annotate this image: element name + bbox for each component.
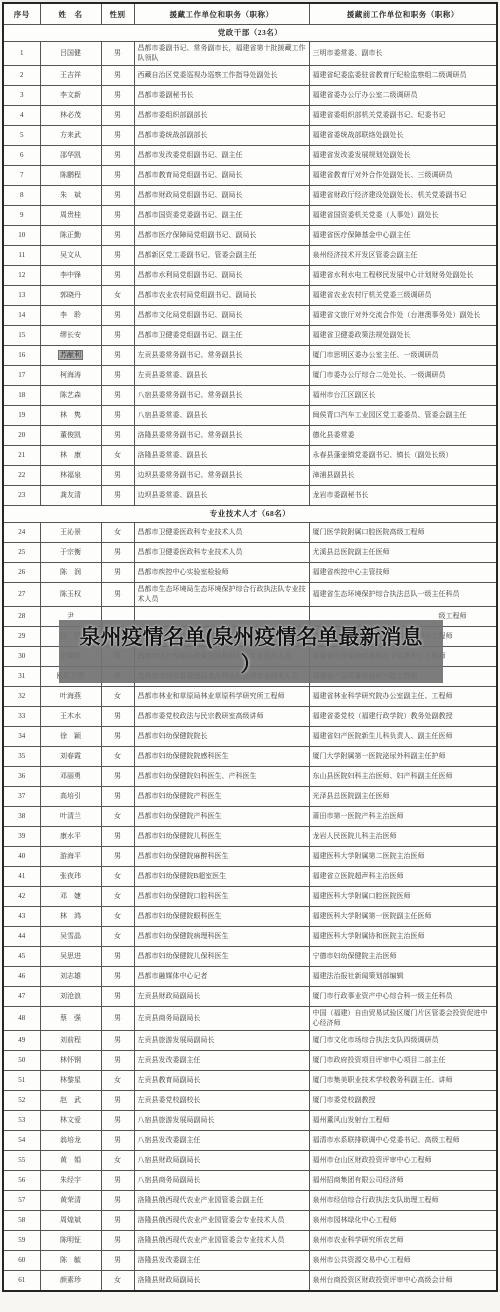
watermark-overlay: 泉州疫情名单(泉州疫情名单最新消息 ） bbox=[59, 620, 443, 683]
cell-name: 陈玉权 bbox=[40, 583, 101, 607]
cell-current: 昌都市妇幼保健院病理科医生 bbox=[134, 927, 309, 947]
cell-previous: 厦门市委党校副教授 bbox=[309, 1091, 497, 1111]
table-row: 61颜素珍女洛隆县财政局副局长泉州台商投资区财政投资评审中心高级会计师 bbox=[3, 1271, 497, 1292]
cell-current: 八宿县旅游发展局副局长 bbox=[134, 1111, 309, 1131]
cell-name: 黄荣清 bbox=[40, 1191, 101, 1211]
cell-gender: 男 bbox=[101, 787, 134, 807]
table-row: 38叶清兰女昌都市妇幼保健院产科医生莆田市第一医院产科主治医师 bbox=[3, 807, 497, 827]
cell-gender: 男 bbox=[101, 1211, 134, 1231]
cell-no: 9 bbox=[3, 206, 40, 226]
cell-name: 李中锋 bbox=[40, 266, 101, 286]
cell-no: 20 bbox=[3, 426, 40, 446]
cell-previous: 泉州市公共资源交易中心工程师 bbox=[309, 1251, 497, 1271]
cell-no: 50 bbox=[3, 1051, 40, 1071]
table-row: 26陈 润男昌都市疾控中心实验室检验师福建省疾控中心主管技师 bbox=[3, 563, 497, 583]
table-row: 57黄荣清男洛隆县俄西现代农业产业园管委会副主任泉州市经信综合行政执法支队助理工… bbox=[3, 1191, 497, 1211]
cell-gender: 男 bbox=[101, 1251, 134, 1271]
cell-no: 30 bbox=[3, 647, 40, 667]
cell-no: 59 bbox=[3, 1231, 40, 1251]
cell-no: 3 bbox=[3, 86, 40, 106]
cell-previous: 福建医科大学附属第二医院主治医师 bbox=[309, 847, 497, 867]
cell-current: 昌都市融媒体中心记者 bbox=[134, 967, 309, 987]
table-row: 6邵华凯男昌都市发改委党组副书记、副主任福建省发改委发展规划处副处长 bbox=[3, 146, 497, 166]
cell-name: 赵 武 bbox=[40, 1091, 101, 1111]
cell-no: 16 bbox=[3, 346, 40, 366]
table-row: 37高培引男昌都市妇幼保健院产科医生光泽县总医院副主任医师 bbox=[3, 787, 497, 807]
cell-previous: 泉州市农业科学研究所农艺师 bbox=[309, 1231, 497, 1251]
cell-no: 51 bbox=[3, 1071, 40, 1091]
table-row: 20董俊凯男洛隆县委常务副书记、常务副县长德化县委常委 bbox=[3, 426, 497, 446]
cell-name: 林文爱 bbox=[40, 1111, 101, 1131]
table-row: 51林黎星女左贡县教育局副局长厦门市集美职业技术学校教务科副主任、讲师 bbox=[3, 1071, 497, 1091]
cell-previous: 福建省妇产医院新生儿科负责人、副主任医师 bbox=[309, 727, 497, 747]
table-row: 45吴思进男昌都市妇幼保健院儿保科医生宁德市妇幼保健院主治医师 bbox=[3, 947, 497, 967]
cell-previous: 莆田市第一医院产科主治医师 bbox=[309, 807, 497, 827]
cell-no: 32 bbox=[3, 687, 40, 707]
cell-current: 昌都市生态环境局生态环境保护综合行政执法队专业技术人员 bbox=[134, 583, 309, 607]
cell-name: 康水平 bbox=[40, 827, 101, 847]
cell-current: 边坝县委常委、副县长 bbox=[134, 486, 309, 506]
cell-name: 陈正勤 bbox=[40, 226, 101, 246]
document-page: 序号 姓 名 性别 援藏工作单位和职务（职称） 援藏前工作单位和职务（职称） 党… bbox=[0, 2, 500, 1312]
cell-no: 23 bbox=[3, 486, 40, 506]
cell-previous: 福建省农业农村厅机关党委三级调研员 bbox=[309, 286, 497, 306]
table-row: 42邓 婕女昌都市妇幼保健院口腔科医生福建医科大学附属口腔医院医师 bbox=[3, 887, 497, 907]
table-row: 16苏献利男左贡县委常务副书记、常务副县长厦门市思明区委办公室主任、一级调研员 bbox=[3, 346, 497, 366]
cell-previous: 福建省委党校（福建行政学院）教务处副教授 bbox=[309, 707, 497, 727]
cell-gender: 男 bbox=[101, 426, 134, 446]
table-row: 36邓丽勇男昌都市妇幼保健院妇科医生、产科医生东山县医院妇科主治医师、妇产科副主… bbox=[3, 767, 497, 787]
cell-gender: 男 bbox=[101, 346, 134, 366]
cell-previous: 福建省国资委机关党委（人事处）副处长 bbox=[309, 206, 497, 226]
cell-name: 李文新 bbox=[40, 86, 101, 106]
cell-name: 林 隽 bbox=[40, 406, 101, 426]
cell-current: 昌都市妇幼保健院产科医生 bbox=[134, 807, 309, 827]
cell-current: 左贡县发改委副主任 bbox=[134, 1051, 309, 1071]
watermark-line1: 泉州疫情名单(泉州疫情名单最新消息 bbox=[59, 624, 443, 651]
cell-no: 1 bbox=[3, 42, 40, 66]
cell-no: 37 bbox=[3, 787, 40, 807]
cell-no: 39 bbox=[3, 827, 40, 847]
cell-no: 18 bbox=[3, 386, 40, 406]
cell-name: 陈 毓 bbox=[40, 1251, 101, 1271]
table-row: 35刘春霞女昌都市妇幼保健院院感科医生厦门大学附属第一医院泌尿外科副主任护师 bbox=[3, 747, 497, 767]
cell-current: 洛隆县俄西现代农业产业园管委会专业技术人员 bbox=[134, 1211, 309, 1231]
cell-no: 21 bbox=[3, 446, 40, 466]
table-row: 13郭晓丹女昌都市农业农村局党组副书记、副局长福建省农业农村厅机关党委三级调研员 bbox=[3, 286, 497, 306]
cell-no: 22 bbox=[3, 466, 40, 486]
cell-no: 54 bbox=[3, 1131, 40, 1151]
cell-current: 昌都市水利局党组副书记、副局长 bbox=[134, 266, 309, 286]
cell-previous: 龙岩市委副秘书长 bbox=[309, 486, 497, 506]
cell-previous: 光泽县总医院副主任医师 bbox=[309, 787, 497, 807]
cell-gender: 女 bbox=[101, 286, 134, 306]
cell-no: 48 bbox=[3, 1007, 40, 1031]
cell-gender: 男 bbox=[101, 326, 134, 346]
cell-name: 吕国健 bbox=[40, 42, 101, 66]
cell-name: 陈鹏程 bbox=[40, 166, 101, 186]
cell-current: 昌都市委副秘书长 bbox=[134, 86, 309, 106]
cell-no: 5 bbox=[3, 126, 40, 146]
cell-name: 蔡 强 bbox=[40, 1007, 101, 1031]
cell-current: 左贡县委常务副书记、常务副县长 bbox=[134, 346, 309, 366]
cell-name: 缪长安 bbox=[40, 326, 101, 346]
cell-previous: 漳浦县副县长 bbox=[309, 466, 497, 486]
cell-current: 昌都市妇幼保健院院长 bbox=[134, 727, 309, 747]
cell-current: 八宿县发改委副主任 bbox=[134, 1131, 309, 1151]
cell-gender: 男 bbox=[101, 543, 134, 563]
cell-previous: 福建省财政厅经济建设处副处长、机关党委副书记 bbox=[309, 186, 497, 206]
cell-no: 13 bbox=[3, 286, 40, 306]
cell-previous: 厦门大学附属第一医院泌尿外科副主任护师 bbox=[309, 747, 497, 767]
section-title: 党政干部（23名） bbox=[3, 25, 497, 42]
table-row: 5方来武男昌都市委统战部副部长福建省委统战部联络处副处长 bbox=[3, 126, 497, 146]
cell-name: 林福泉 bbox=[40, 466, 101, 486]
cell-gender: 女 bbox=[101, 747, 134, 767]
cell-gender: 女 bbox=[101, 446, 134, 466]
cell-current: 八宿县商务局副局长 bbox=[134, 1171, 309, 1191]
cell-current: 边坝县委常务副书记、常务副县长 bbox=[134, 466, 309, 486]
cell-name: 周贵桂 bbox=[40, 206, 101, 226]
table-row: 43林 鸿女昌都市妇幼保健院眼科医生福建医科大学附属第一医院副主任医师 bbox=[3, 907, 497, 927]
cell-previous: 福建医科大学附属协和医院主治医师 bbox=[309, 927, 497, 947]
cell-current: 昌都新区党工委副书记、管委会副主任 bbox=[134, 246, 309, 266]
cell-no: 29 bbox=[3, 627, 40, 647]
cell-previous: 福建省委统战部联络处副处长 bbox=[309, 126, 497, 146]
header-row: 序号 姓 名 性别 援藏工作单位和职务（职称） 援藏前工作单位和职务（职称） bbox=[3, 3, 497, 25]
section-title: 专业技术人才（68名） bbox=[3, 506, 497, 523]
cell-gender: 男 bbox=[101, 1051, 134, 1071]
cell-name: 林 康 bbox=[40, 446, 101, 466]
cell-current: 昌都市妇幼保健院儿保科医生 bbox=[134, 947, 309, 967]
cell-no: 7 bbox=[3, 166, 40, 186]
cell-gender: 女 bbox=[101, 687, 134, 707]
cell-name: 林必茂 bbox=[40, 106, 101, 126]
table-row: 49刘前程男左贡县旅游发展局副局长厦门市文化市场综合执法支队四级调研员 bbox=[3, 1031, 497, 1051]
cell-previous: 福建医科大学附属第一医院副主任医师 bbox=[309, 907, 497, 927]
cell-gender: 女 bbox=[101, 1271, 134, 1292]
cell-current: 洛隆县财政局副局长 bbox=[134, 1271, 309, 1292]
cell-gender: 男 bbox=[101, 947, 134, 967]
table-row: 55黄 娟女八宿县财政局副局长福州市仓山区财政投资评审中心工程师 bbox=[3, 1151, 497, 1171]
table-row: 50林怀钢男左贡县发改委副主任厦门市政府投资项目评审中心项目二部主任 bbox=[3, 1051, 497, 1071]
cell-gender: 男 bbox=[101, 707, 134, 727]
cell-no: 43 bbox=[3, 907, 40, 927]
table-row: 39康水平男昌都市妇幼保健院儿科医生龙岩人民医院儿科主治医师 bbox=[3, 827, 497, 847]
cell-no: 47 bbox=[3, 987, 40, 1007]
cell-gender: 男 bbox=[101, 466, 134, 486]
cell-no: 24 bbox=[3, 523, 40, 543]
cell-gender: 男 bbox=[101, 987, 134, 1007]
cell-current: 昌都市委组织部副部长 bbox=[134, 106, 309, 126]
table-row: 60陈 毓男洛隆县发改委副主任泉州市公共资源交易中心工程师 bbox=[3, 1251, 497, 1271]
table-row: 12李中锋男昌都市水利局党组副书记、副局长福建省水利水电工程移民发展中心计划财务… bbox=[3, 266, 497, 286]
cell-gender: 女 bbox=[101, 807, 134, 827]
cell-current: 昌都市发改委党组副书记、副主任 bbox=[134, 146, 309, 166]
table-row: 23龚友清男边坝县委常委、副县长龙岩市委副秘书长 bbox=[3, 486, 497, 506]
cell-name: 周煌斌 bbox=[40, 1211, 101, 1231]
cell-current: 昌都市委统战部副部长 bbox=[134, 126, 309, 146]
cell-current: 昌都市妇幼保健院麻醉科医生 bbox=[134, 847, 309, 867]
cell-previous: 三明市委常委、副市长 bbox=[309, 42, 497, 66]
table-row: 4林必茂男昌都市委组织部副部长福建省委组织部机关党委副书记、纪委书记 bbox=[3, 106, 497, 126]
cell-no: 17 bbox=[3, 366, 40, 386]
cell-no: 33 bbox=[3, 707, 40, 727]
cell-no: 27 bbox=[3, 583, 40, 607]
highlighted-name: 苏献利 bbox=[59, 351, 82, 359]
cell-gender: 男 bbox=[101, 1111, 134, 1131]
cell-previous: 厦门市集美职业技术学校教务科副主任、讲师 bbox=[309, 1071, 497, 1091]
cell-gender: 女 bbox=[101, 523, 134, 543]
cell-name: 高培引 bbox=[40, 787, 101, 807]
cell-gender: 男 bbox=[101, 226, 134, 246]
cell-gender: 男 bbox=[101, 106, 134, 126]
table-row: 58周煌斌男洛隆县俄西现代农业产业园管委会专业技术人员泉州市园林绿化中心工程师 bbox=[3, 1211, 497, 1231]
table-row: 15缪长安男昌都市卫健委党组副书记、副主任福建省卫健委政策法规处副处长 bbox=[3, 326, 497, 346]
cell-gender: 女 bbox=[101, 1071, 134, 1091]
cell-no: 34 bbox=[3, 727, 40, 747]
cell-no: 42 bbox=[3, 887, 40, 907]
cell-current: 八宿县委常委、副县长 bbox=[134, 406, 309, 426]
cell-current: 昌都市委副书记、常务副市长，福建省第十批援藏工作队领队 bbox=[134, 42, 309, 66]
table-row: 17柯海涛男左贡县委常委、副县长厦门市委办公厅综合二处处长、一级调研员 bbox=[3, 366, 497, 386]
table-row: 2王吉祥男西藏自治区党委巡视办巡察工作指导处副处长福建省纪委监委驻省教育厅纪检监… bbox=[3, 66, 497, 86]
header-current-post: 援藏工作单位和职务（职称） bbox=[134, 3, 309, 25]
cell-name: 邓丽勇 bbox=[40, 767, 101, 787]
cell-name: 陈明钲 bbox=[40, 1231, 101, 1251]
table-row: 40游海平男昌都市妇幼保健院麻醉科医生福建医科大学附属第二医院主治医师 bbox=[3, 847, 497, 867]
cell-name: 叶清兰 bbox=[40, 807, 101, 827]
cell-previous: 厦门市文化市场综合执法支队四级调研员 bbox=[309, 1031, 497, 1051]
cell-gender: 男 bbox=[101, 186, 134, 206]
watermark-line2: ） bbox=[59, 651, 443, 678]
cell-no: 11 bbox=[3, 246, 40, 266]
cell-previous: 福建省疾控中心主管技师 bbox=[309, 563, 497, 583]
cell-current: 昌都市妇幼保健院儿科医生 bbox=[134, 827, 309, 847]
cell-previous: 德化县委常委 bbox=[309, 426, 497, 446]
cell-previous: 福建省文旅厅对外交流合作处（台港澳事务处）副处长 bbox=[309, 306, 497, 326]
cell-current: 昌都市妇幼保健院口腔科医生 bbox=[134, 887, 309, 907]
cell-name: 颜素珍 bbox=[40, 1271, 101, 1292]
cell-name: 苏献利 bbox=[40, 346, 101, 366]
cell-current: 西藏自治区党委巡视办巡察工作指导处副处长 bbox=[134, 66, 309, 86]
cell-name: 张夜玮 bbox=[40, 867, 101, 887]
table-row: 24王沁景女昌都市卫健委医政科专业技术人员厦门医学院附属口腔医院高级工程师 bbox=[3, 523, 497, 543]
cell-name: 刘志雄 bbox=[40, 967, 101, 987]
table-row: 53林文爱男八宿县旅游发展局副局长福州董风山发射台工程师 bbox=[3, 1111, 497, 1131]
header-gender: 性别 bbox=[101, 3, 134, 25]
cell-gender: 女 bbox=[101, 887, 134, 907]
cell-name: 叶海燕 bbox=[40, 687, 101, 707]
header-previous-post: 援藏前工作单位和职务（职称） bbox=[309, 3, 497, 25]
cell-no: 6 bbox=[3, 146, 40, 166]
cell-previous: 福建法治报社新闻策划部编辑 bbox=[309, 967, 497, 987]
cell-no: 25 bbox=[3, 543, 40, 563]
cell-no: 28 bbox=[3, 607, 40, 627]
table-row: 21林 康女洛隆县委常委、副县长永春县蓬壶镇党委副书记、镇长（副处长级） bbox=[3, 446, 497, 466]
cell-previous: 福建省林业科学研究院办公室副主任、工程师 bbox=[309, 687, 497, 707]
cell-current: 昌都市医疗保障局党组副书记、副局长 bbox=[134, 226, 309, 246]
cell-current: 八宿县财政局副局长 bbox=[134, 1151, 309, 1171]
cell-current: 昌都市妇幼保健院眼科医生 bbox=[134, 907, 309, 927]
cell-current: 八宿县委常务副书记、常务副县长 bbox=[134, 386, 309, 406]
cell-no: 12 bbox=[3, 266, 40, 286]
cell-gender: 男 bbox=[101, 1131, 134, 1151]
cell-previous: 泉州台商投资区财政投资评审中心高级会计师 bbox=[309, 1271, 497, 1292]
cell-current: 昌都市文化局党组副书记、副局长 bbox=[134, 306, 309, 326]
cell-gender: 男 bbox=[101, 1191, 134, 1211]
cell-current: 昌都市财政局党组副书记、副局长 bbox=[134, 186, 309, 206]
table-row: 27陈玉权男昌都市生态环境局生态环境保护综合行政执法队专业技术人员福建省生态环境… bbox=[3, 583, 497, 607]
cell-current: 昌都市妇幼保健院院感科医生 bbox=[134, 747, 309, 767]
cell-previous: 福建省纪委监委驻省教育厅纪检监察组二级调研员 bbox=[309, 66, 497, 86]
cell-previous: 福州市台江区副区长 bbox=[309, 386, 497, 406]
cell-name: 刘春霞 bbox=[40, 747, 101, 767]
cell-gender: 男 bbox=[101, 266, 134, 286]
table-row: 56朱经宇男八宿县商务局副局长福州招商集团有限公司经济师 bbox=[3, 1171, 497, 1191]
cell-current: 左贡县委党校副校长 bbox=[134, 1091, 309, 1111]
cell-current: 洛隆县委常务副书记、常务副县长 bbox=[134, 426, 309, 446]
cell-previous: 福州招商集团有限公司经济师 bbox=[309, 1171, 497, 1191]
cell-gender: 男 bbox=[101, 1007, 134, 1031]
cell-previous: 福州董风山发射台工程师 bbox=[309, 1111, 497, 1131]
cell-previous: 中国（福建）自由贸易试验区厦门片区管委会投资促进中心经济师 bbox=[309, 1007, 497, 1031]
cell-current: 洛隆县发改委副主任 bbox=[134, 1251, 309, 1271]
cell-name: 翁培龙 bbox=[40, 1131, 101, 1151]
cell-name: 朱经宇 bbox=[40, 1171, 101, 1191]
cell-no: 2 bbox=[3, 66, 40, 86]
table-row: 11吴文从男昌都新区党工委副书记、管委会副主任泉州经济技术开发区管委会副主任 bbox=[3, 246, 497, 266]
cell-no: 53 bbox=[3, 1111, 40, 1131]
cell-no: 55 bbox=[3, 1151, 40, 1171]
cell-no: 41 bbox=[3, 867, 40, 887]
cell-current: 昌都市委党校政法与民宗教研室高级讲师 bbox=[134, 707, 309, 727]
cell-name: 林怀钢 bbox=[40, 1051, 101, 1071]
cell-previous: 福清市水系联排联调中心党委书记、高级工程师 bbox=[309, 1131, 497, 1151]
cell-previous: 厦门市委办公厅综合二处处长、一级调研员 bbox=[309, 366, 497, 386]
cell-previous: 福建省水利水电工程移民发展中心计划财务处副处长 bbox=[309, 266, 497, 286]
cell-gender: 男 bbox=[101, 126, 134, 146]
table-row: 44吴雪晶女昌都市妇幼保健院病理科医生福建医科大学附属协和医院主治医师 bbox=[3, 927, 497, 947]
cell-no: 44 bbox=[3, 927, 40, 947]
table-row: 47刘沧浪男左贡县财政局副局长厦门市行政事业资产中心综合科一级主任科员 bbox=[3, 987, 497, 1007]
cell-name: 王沁景 bbox=[40, 523, 101, 543]
cell-gender: 男 bbox=[101, 146, 134, 166]
cell-no: 10 bbox=[3, 226, 40, 246]
cell-current: 左贡县商务局副局长 bbox=[134, 1007, 309, 1031]
cell-no: 38 bbox=[3, 807, 40, 827]
cell-name: 吴文从 bbox=[40, 246, 101, 266]
cell-no: 52 bbox=[3, 1091, 40, 1111]
cell-previous: 永春县蓬壶镇党委副书记、镇长（副处长级） bbox=[309, 446, 497, 466]
cell-current: 洛隆县俄西现代农业产业园管委会副主任 bbox=[134, 1191, 309, 1211]
cell-gender: 男 bbox=[101, 406, 134, 426]
cell-previous: 福建省发改委发展规划处副处长 bbox=[309, 146, 497, 166]
cell-name: 林黎星 bbox=[40, 1071, 101, 1091]
cell-name: 李 聆 bbox=[40, 306, 101, 326]
cell-name: 吴雪晶 bbox=[40, 927, 101, 947]
cell-name: 方来武 bbox=[40, 126, 101, 146]
cell-name: 游海平 bbox=[40, 847, 101, 867]
cell-name: 徐 颖 bbox=[40, 727, 101, 747]
cell-current: 昌都市疾控中心实验室检验师 bbox=[134, 563, 309, 583]
cell-no: 49 bbox=[3, 1031, 40, 1051]
table-row: 14李 聆男昌都市文化局党组副书记、副局长福建省文旅厅对外交流合作处（台港澳事务… bbox=[3, 306, 497, 326]
cell-previous: 泉州经济技术开发区管委会副主任 bbox=[309, 246, 497, 266]
cell-gender: 男 bbox=[101, 1171, 134, 1191]
cell-previous: 厦门市行政事业资产中心综合科一级主任科员 bbox=[309, 987, 497, 1007]
cell-gender: 男 bbox=[101, 563, 134, 583]
cell-no: 35 bbox=[3, 747, 40, 767]
cell-previous: 尤溪县总医院副主任医师 bbox=[309, 543, 497, 563]
cell-name: 刘沧浪 bbox=[40, 987, 101, 1007]
cell-previous: 福建省卫健委政策法规处副处长 bbox=[309, 326, 497, 346]
cell-name: 龚友清 bbox=[40, 486, 101, 506]
table-row: 52赵 武男左贡县委党校副校长厦门市委党校副教授 bbox=[3, 1091, 497, 1111]
cell-no: 15 bbox=[3, 326, 40, 346]
cell-current: 昌都市卫健委医政科专业技术人员 bbox=[134, 543, 309, 563]
cell-name: 吴思进 bbox=[40, 947, 101, 967]
cell-name: 于宗衡 bbox=[40, 543, 101, 563]
cell-gender: 男 bbox=[101, 827, 134, 847]
cell-gender: 男 bbox=[101, 847, 134, 867]
table-row: 8朱 斌男昌都市财政局党组副书记、副局长福建省财政厅经济建设处副处长、机关党委副… bbox=[3, 186, 497, 206]
cell-previous: 厦门市政府投资项目评审中心项目二部主任 bbox=[309, 1051, 497, 1071]
cell-no: 57 bbox=[3, 1191, 40, 1211]
cell-gender: 女 bbox=[101, 927, 134, 947]
cell-no: 4 bbox=[3, 106, 40, 126]
table-row: 10陈正勤男昌都市医疗保障局党组副书记、副局长福建省医疗保障基金中心副主任 bbox=[3, 226, 497, 246]
cell-current: 左贡县旅游发展局副局长 bbox=[134, 1031, 309, 1051]
table-row: 18陈艺森男八宿县委常务副书记、常务副县长福州市台江区副区长 bbox=[3, 386, 497, 406]
cell-no: 61 bbox=[3, 1271, 40, 1292]
cell-previous: 泉州市园林绿化中心工程师 bbox=[309, 1211, 497, 1231]
cell-previous: 福建省生态环境保护综合执法总队一级主任科员 bbox=[309, 583, 497, 607]
header-no: 序号 bbox=[3, 3, 40, 25]
cell-gender: 男 bbox=[101, 386, 134, 406]
cell-no: 45 bbox=[3, 947, 40, 967]
cell-current: 昌都市妇幼保健院妇科医生、产科医生 bbox=[134, 767, 309, 787]
cell-name: 柯海涛 bbox=[40, 366, 101, 386]
cell-name: 黄 娟 bbox=[40, 1151, 101, 1171]
cell-name: 陈艺森 bbox=[40, 386, 101, 406]
section-row: 党政干部（23名） bbox=[3, 25, 497, 42]
cell-gender: 男 bbox=[101, 166, 134, 186]
cell-previous: 福建省委办公厅办公室二级调研员 bbox=[309, 86, 497, 106]
cell-no: 8 bbox=[3, 186, 40, 206]
table-row: 9周贵桂男昌都市国资委党委副书记、副主任福建省国资委机关党委（人事处）副处长 bbox=[3, 206, 497, 226]
cell-previous: 福建省委组织部机关党委副书记、纪委书记 bbox=[309, 106, 497, 126]
table-row: 3李文新男昌都市委副秘书长福建省委办公厅办公室二级调研员 bbox=[3, 86, 497, 106]
cell-gender: 男 bbox=[101, 967, 134, 987]
cell-name: 邓 婕 bbox=[40, 887, 101, 907]
cell-name: 朱 斌 bbox=[40, 186, 101, 206]
table-row: 33王木水男昌都市委党校政法与民宗教研室高级讲师福建省委党校（福建行政学院）教务… bbox=[3, 707, 497, 727]
table-row: 48蔡 强男左贡县商务局副局长中国（福建）自由贸易试验区厦门片区管委会投资促进中… bbox=[3, 1007, 497, 1031]
cell-name: 陈 润 bbox=[40, 563, 101, 583]
cell-gender: 男 bbox=[101, 486, 134, 506]
cell-previous: 福建省医疗保障基金中心副主任 bbox=[309, 226, 497, 246]
cell-no: 19 bbox=[3, 406, 40, 426]
table-row: 41张夜玮女昌都市妇幼保健院B超室医生福建省立医院超声科主治医师 bbox=[3, 867, 497, 887]
table-row: 34徐 颖男昌都市妇幼保健院院长福建省妇产医院新生儿科负责人、副主任医师 bbox=[3, 727, 497, 747]
cell-gender: 男 bbox=[101, 306, 134, 326]
cell-current: 昌都市妇幼保健院B超室医生 bbox=[134, 867, 309, 887]
cell-no: 58 bbox=[3, 1211, 40, 1231]
header-name: 姓 名 bbox=[40, 3, 101, 25]
cell-name: 王吉祥 bbox=[40, 66, 101, 86]
cell-current: 昌都市国资委党委副书记、副主任 bbox=[134, 206, 309, 226]
